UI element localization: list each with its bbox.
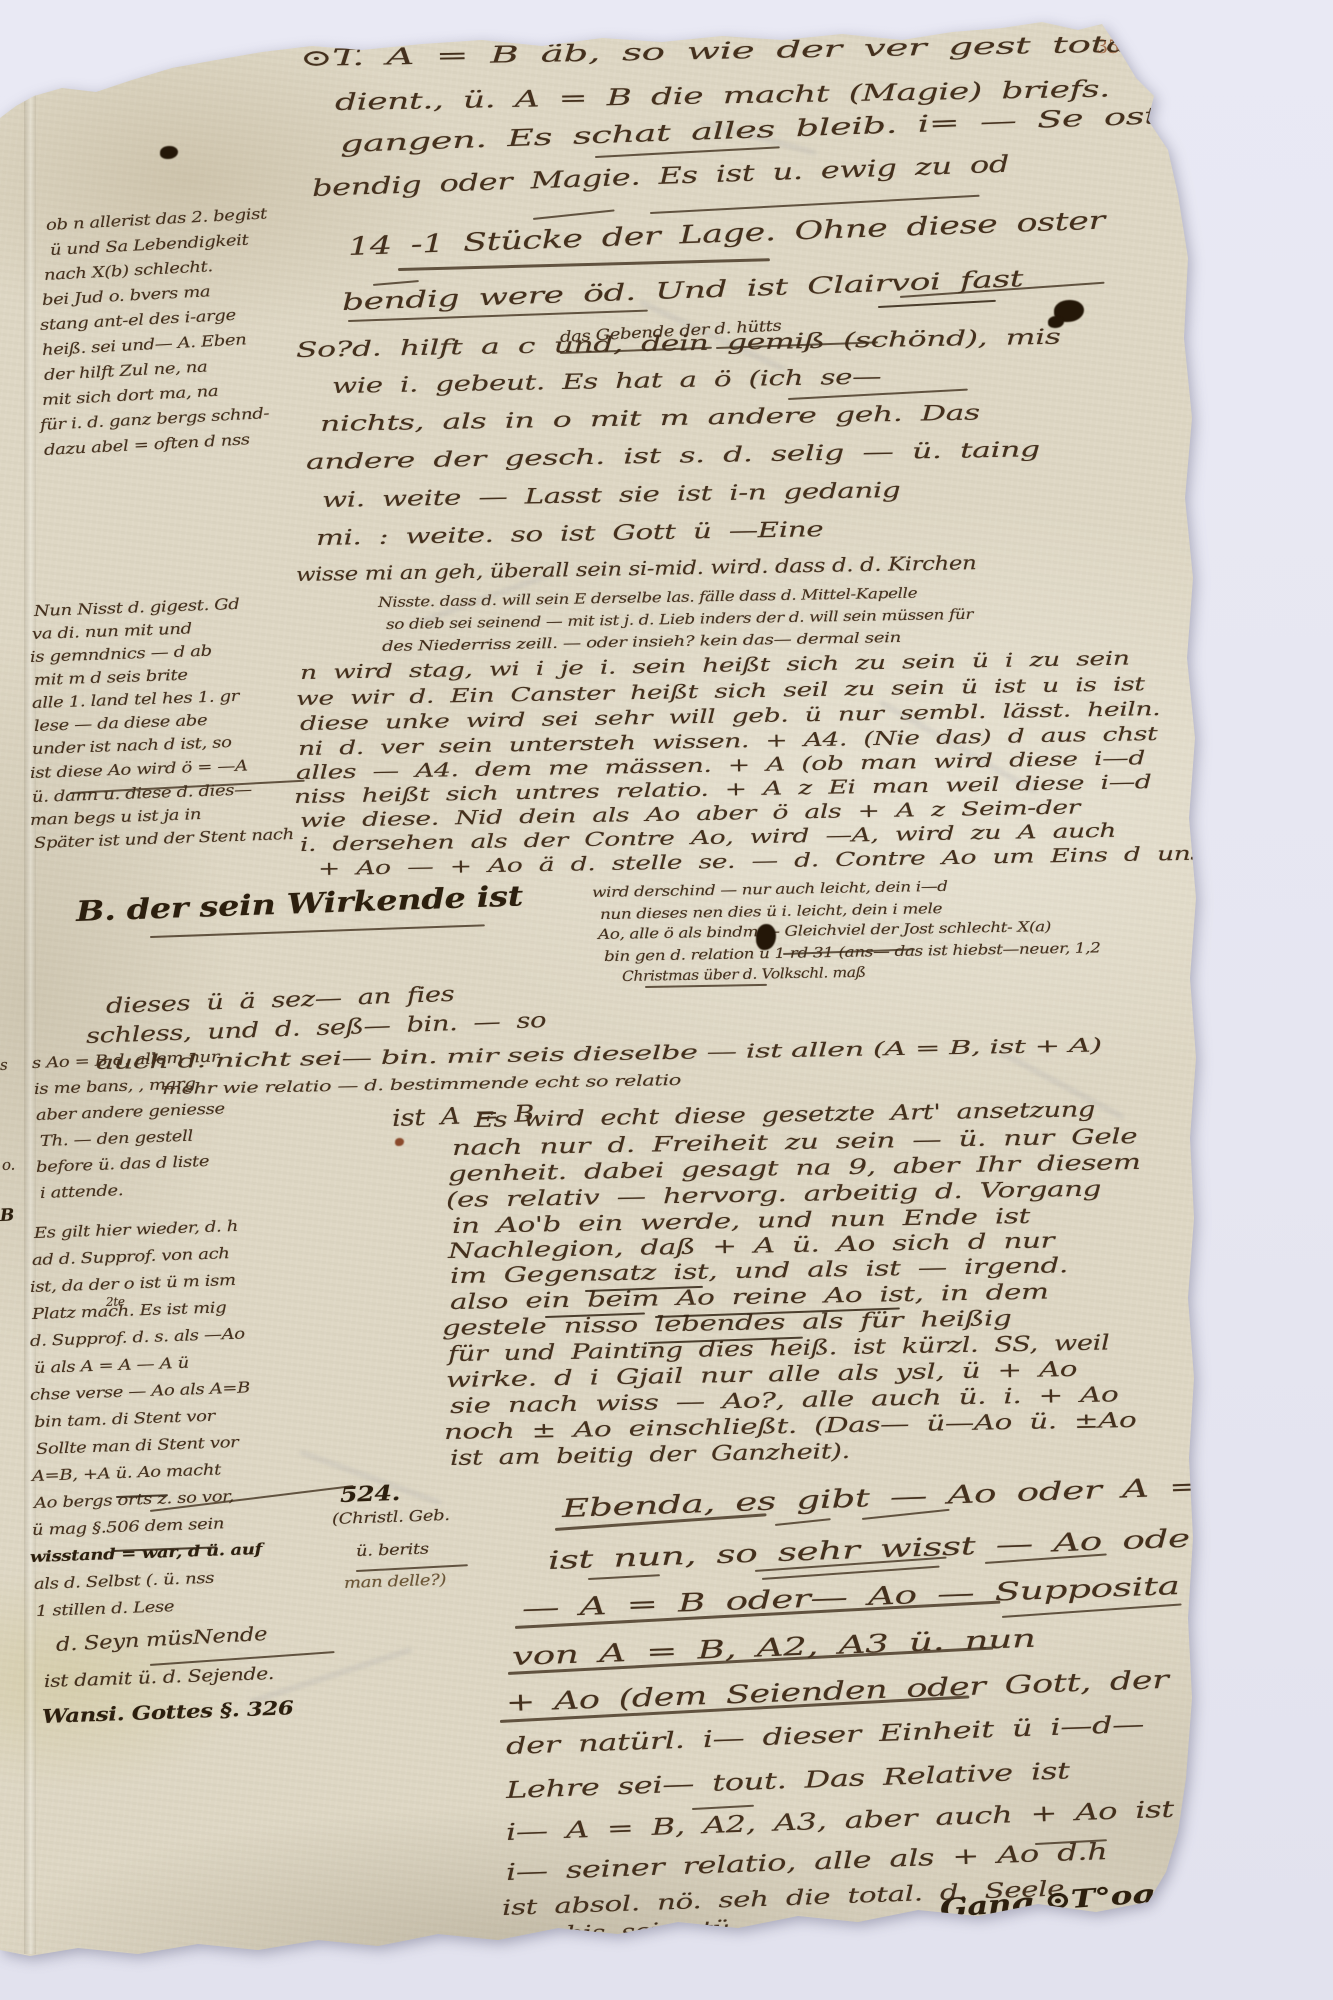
handwriting-line: ist nun, so sehr wisst — Ao ode: [548, 1526, 1191, 1573]
edge-fragment: o.: [2, 1158, 15, 1173]
scan-background: 35 ⊙T. A = B äb, so wie der ver gest tot…: [0, 0, 1333, 2000]
ink-blot: [395, 1138, 404, 1146]
handwriting-line: mi. : weite. so ist Gott ü —Eine: [316, 519, 824, 549]
handwriting-line: wie i. gebeut. Es hat a ö (ich se—: [332, 366, 881, 397]
handwriting-line: wi. weite — Lasst sie ist i-n gedanig: [322, 480, 901, 511]
margin-note-line: Nun Nisst d. gigest. Gd: [34, 597, 240, 619]
margin-note-line: Wansi. Gottes §. 326: [42, 1699, 294, 1727]
handwriting-line: Nisste. dass d. will sein E derselbe las…: [378, 587, 917, 610]
margin-note-line: aber andere geniesse: [36, 1101, 225, 1123]
handwriting-line: so dieb sei seinend — mit ist j. d. Lieb…: [386, 608, 973, 632]
margin-note-line: ad d. Supprof. von ach: [32, 1246, 230, 1268]
margin-note-line: Ao bergs orts z. so vor,: [34, 1489, 234, 1511]
underline-stroke: [398, 258, 770, 271]
margin-note-line: wisstand = war, d ü. auf: [30, 1542, 262, 1565]
margin-note-line: nach X(b) schlecht.: [44, 259, 213, 283]
handwriting-line: nichts, als in o mit m andere geh. Das: [320, 402, 980, 435]
margin-ref-line: ü. berits: [356, 1541, 429, 1559]
handwriting-line: Christmas über d. Volkschl. maß: [622, 966, 866, 984]
handwriting-line: nun dieses nen dies ü i. leicht, dein i …: [600, 902, 942, 922]
margin-note-line: mit sich dort ma, na: [42, 384, 219, 408]
margin-note-line: der hilft Zul ne, na: [44, 359, 208, 383]
handwriting-line: bis sei— tü.: [566, 1918, 739, 1945]
underline-stroke: [775, 1518, 831, 1526]
margin-note-line: before ü. das d liste: [36, 1154, 210, 1175]
handwriting-line: ⊙T. A = B äb, so wie der ver gest total …: [300, 30, 1333, 71]
margin-note-line: alle 1. land tel hes 1. gr: [32, 689, 239, 711]
margin-note-line: Platz mach. Es ist mig: [32, 1300, 227, 1322]
margin-note-line: bei Jud o. bvers ma: [42, 284, 211, 308]
margin-note-line: ü und Sa Lebendigkeit: [50, 233, 249, 258]
handwriting-line: bendig were öd. Und ist Clairvoi fast: [342, 268, 1024, 315]
paper-crease: [24, 90, 36, 1954]
underline-stroke: [692, 1805, 754, 1810]
paper-sheet: 35 ⊙T. A = B äb, so wie der ver gest tot…: [0, 0, 1333, 2000]
underline-stroke: [588, 1574, 660, 1580]
underline-stroke: [645, 984, 767, 988]
ink-blot: [1048, 316, 1064, 328]
handwriting-line: ist am beitig der Ganzheit).: [450, 1441, 850, 1469]
margin-note-line: Es gilt hier wieder, d. h: [34, 1219, 238, 1241]
handwriting-line: des Niederriss zeill. — oder insieh? kei…: [382, 631, 901, 654]
handwriting-line: Lehre sei— tout. Das Relative ist: [506, 1760, 1070, 1803]
handwriting-line: 14 -1 Stücke der Lage. Ohne diese oster: [348, 208, 1106, 259]
margin-ref-line: man delle?): [344, 1572, 447, 1591]
margin-note-line: ü mag §.506 dem sein: [32, 1516, 225, 1538]
margin-note-line: ist, da der o ist ü m ism: [30, 1273, 236, 1295]
handwriting-line: Ao, alle ö als bindm — Gleichviel der Jo…: [598, 920, 1051, 942]
ink-blot: [160, 146, 178, 159]
margin-note-line: stang ant-el des i-arge: [40, 308, 237, 333]
margin-note-line: mit m d seis brite: [34, 668, 188, 688]
margin-note-line: is gemndnics — d ab: [30, 644, 212, 665]
margin-note-line: bin tam. di Stent vor: [34, 1409, 215, 1430]
margin-note-line: für i. d. ganz bergs schnd-: [40, 406, 270, 433]
margin-note-line: ist damit ü. d. Sejende.: [44, 1666, 275, 1691]
handwriting-line: mehr wie relatio — d. bestimmende echt s…: [162, 1073, 681, 1097]
margin-note-line: under ist nach d ist, so: [32, 735, 232, 757]
margin-note-line: ist diese Ao wird ö = —A: [30, 758, 248, 781]
paper-surface: 35 ⊙T. A = B äb, so wie der ver gest tot…: [0, 0, 1333, 2000]
underline-stroke: [788, 389, 968, 400]
underline-stroke: [150, 924, 485, 938]
margin-note-line: ü als A = A — A ü: [34, 1356, 189, 1376]
margin-note-line: 1 stillen d. Lese: [36, 1599, 175, 1619]
edge-fragment: B: [0, 1208, 14, 1225]
handwriting-line: i— A = B, A2, A3, aber auch + Ao ist: [506, 1799, 1175, 1845]
margin-note-line: als d. Selbst (. ü. nss: [34, 1571, 215, 1592]
margin-note-line: i attende.: [40, 1183, 124, 1201]
handwriting-line: wisse mi an geh, überall sein si-mid. wi…: [296, 554, 977, 585]
underline-stroke: [373, 280, 419, 286]
underline-stroke: [150, 1651, 335, 1666]
margin-note-line: Später ist und der Stent nach: [34, 827, 294, 851]
margin-note-line: ob n allerist das 2. begist: [46, 206, 268, 233]
handwriting-line: bin gen d. relation ü 1 rd 31 (ans— das …: [604, 941, 1101, 964]
edge-fragment: s: [0, 1058, 8, 1073]
heading-line: B. der sein Wirkende ist: [76, 882, 524, 926]
handwriting-line: bendig oder Magie. Es ist u. ewig zu od: [312, 154, 1010, 201]
margin-note-line: heiß. sei und— A. Eben: [42, 332, 247, 358]
handwriting-line: andere der gesch. ist s. d. selig — ü. t…: [306, 439, 1040, 473]
margin-note-line: man begs u ist ja in: [30, 807, 202, 828]
handwriting-line: von A = B, A2, A3 ü. nun: [512, 1626, 1036, 1669]
handwriting-line: + Ao (dem Seienden oder Gott, der: [506, 1667, 1169, 1715]
margin-insert: 2te: [106, 1295, 125, 1308]
margin-note-line: Th. — den gestell: [40, 1129, 193, 1149]
margin-note-line: A=B, +A ü. Ao macht: [32, 1462, 221, 1484]
strikethrough-stroke: [878, 300, 996, 308]
margin-note-line: d. Supprof. d. s. als —Ao: [30, 1327, 245, 1349]
handwriting-line: der natürl. i— dieser Einheit ü i—d—: [506, 1714, 1145, 1759]
handwriting-line: — A = B oder— Ao — Supposita: [522, 1573, 1180, 1621]
margin-note-line: va di. nun mit und: [32, 621, 192, 642]
underline-stroke: [533, 209, 615, 220]
underline-stroke: [1002, 1603, 1182, 1618]
margin-ref-line: (Christl. Geb.: [332, 1508, 450, 1527]
margin-note-line: Sollte man di Stent vor: [36, 1435, 239, 1457]
margin-note-line: lese — da diese abe: [34, 713, 208, 734]
margin-note-line: chse verse — Ao als A=B: [30, 1380, 250, 1403]
margin-note-line: d. Seyn müsNende: [56, 1625, 268, 1655]
margin-note-line: dazu abel = often d nss: [44, 432, 250, 458]
handwriting-line: wird derschind — nur auch leicht, dein i…: [592, 880, 948, 900]
